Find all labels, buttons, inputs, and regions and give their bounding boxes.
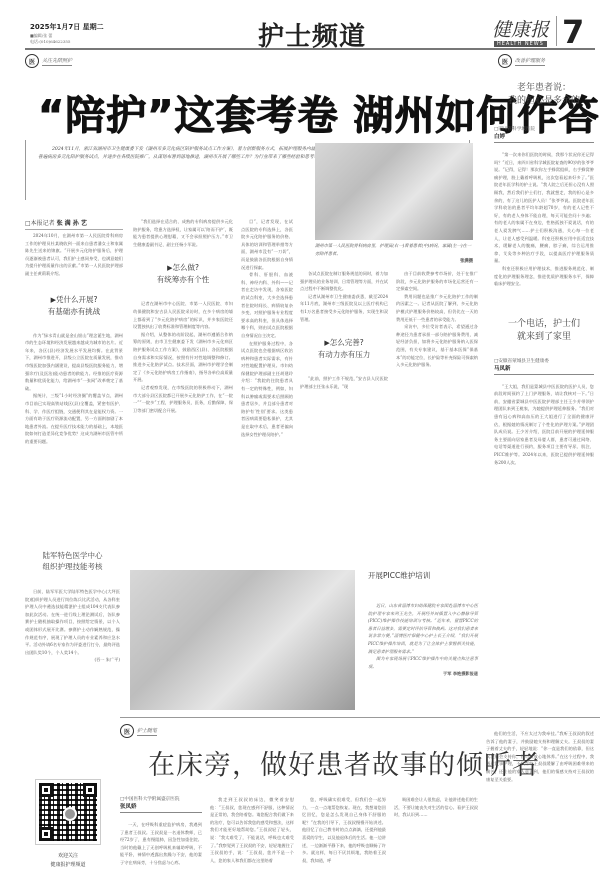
paragraph: 记者从湖州市卫生健康委获悉，截至2024年11月底，湖州市三级医院及以上医疗机构… <box>300 293 388 323</box>
sidebar-author: 白婷 <box>494 132 594 143</box>
qr-finder <box>39 783 53 797</box>
paragraph: 2024年10月，在湖州市第一人民医院骨科病房工作的护理员杜某晓收到一面来自患者… <box>25 232 123 278</box>
paragraph: 您，呼吸确实很难受，但我们会一起努力，一点一点地帮您恢复。现在，我想请您回忆回忆… <box>302 796 386 864</box>
masthead-rule <box>25 48 595 50</box>
paragraph: 由于目前收费参考市场价，处于在推广阶段，多元化陪护服务的市场化运营还有一定探索空… <box>396 270 478 293</box>
bottom-headline: 在床旁，做好患者故事的倾听者 <box>148 743 540 782</box>
paragraph: “第一次来你们医院的时候，我那个状况你还记得吗？”近日，来四川省科学城医院复查的… <box>494 151 594 265</box>
photo-caption-block: 湖州市第一人民医院骨科病房里，护理员(右一)看着患者(中)病况，家属(左一)在一… <box>315 243 473 266</box>
right-sidebar: 老年患者说： 我的担心是多余的 □四川省科学城医院 白婷 “第一次来你们医院的时… <box>494 82 594 466</box>
subhead: ▶凭什么开展? 有基础亦有挑战 <box>25 294 123 318</box>
section-badge-right: 医 改善护理服务 <box>498 54 545 68</box>
bottom-column-5: 他们的生活，不应太过为我牵挂。”我听王叔叔的叙述告诉了他的妻子，并鼓励她支持和理… <box>486 730 594 882</box>
qr-logo-icon <box>63 807 77 821</box>
paragraph: 据统计，三级“1小时经济圈”的覆盖节点，湖州市目前已实现高铁站线区(县)全覆盖，… <box>25 392 123 445</box>
picc-title: 开展PICC维护培训 <box>368 570 478 582</box>
paragraph: 在照护服务过程中，各试点医院也会根据病区收治病种和患者实际需求，有针对性地配置护… <box>241 340 293 439</box>
paragraph: 一天，在呼吸科重症监护病房，我遇到了患者王叔叔。王叔叔是一名退休教师，已经72岁… <box>120 821 202 867</box>
paragraph: 目”，记者发现，在试点医院的专科选择上，各医院多元化陪护服务的价格、具体的培训和… <box>241 218 293 271</box>
left-story-credit: (吞一 朱广平) <box>25 656 120 664</box>
paragraph: “我们选择在适合的、成熟的专科病房提供多元化陪护服务，给患方选择权，让家属可以‘… <box>133 218 233 248</box>
photo-credit: 张满摄 <box>315 258 473 266</box>
sidebar-source-block: □四川省科学城医院 白婷 <box>494 126 594 143</box>
paragraph: 骨科、肝胆科、血液科、神经内科、外科——记者在走访中发现，各家医院的试点科室，大… <box>241 271 293 339</box>
paragraph: 吸困难会让人很焦虑，让他讲述他们的生活，不要让她丧失对生活的信心。看护王叔叔时，… <box>394 796 478 819</box>
sidebar-author: 马凤新 <box>494 364 594 375</box>
subhead: ▶怎么做? 有统筹亦有个性 <box>133 262 233 286</box>
newspaper-logo: 健康报 <box>492 15 549 42</box>
sidebar-story-title: 一个电话，护士们 就来到了家里 <box>494 318 594 344</box>
byline-names: 张 满 孙 艺 <box>57 220 87 227</box>
paragraph: 据介绍，从整体的动阶段起，湖州市遵循合作纳筹的原则，由市卫生健康委下发《湖州市多… <box>133 331 233 384</box>
paragraph: 记者观察发现，在市级医院的积极带动下，湖州市大部分县区医院都已开展多元化陪护工作… <box>133 384 233 414</box>
page-number-divider <box>556 16 557 46</box>
main-column-4: 各试点医院在制订服务规范的同时，着力加强护理员的业务培训、日常管理等方面，并在试… <box>300 270 388 390</box>
paragraph: “王大姐，我们是蒙城县中医医院的医护人员，您前段时间预约了上门护理服务，请让我核… <box>494 383 594 467</box>
subhead: ▶怎么完善? 有动力亦有压力 <box>300 337 388 361</box>
main-column-5: 由于目前收费参考市场价，处于在推广阶段，多元化陪护服务的市场化运营还有一定探索空… <box>396 270 478 369</box>
main-photo <box>315 143 473 240</box>
contact-phone: 电话:(010)64622355 <box>30 39 70 45</box>
section-label: 改善护理服务 <box>515 57 545 66</box>
left-story-title: 陆军特色医学中心 组织护理技能考核 <box>25 550 120 572</box>
bottom-column-4: 吸困难会让人很焦虑，让他讲述他们的生活，不要让她丧失对生活的信心。看护王叔叔时，… <box>394 796 478 882</box>
main-column-2: “我们选择在适合的、成熟的专科病房提供多元化陪护服务，给患方选择权，让家属可以‘… <box>133 218 233 414</box>
bottom-column-3: 您，呼吸确实很难受，但我们会一起努力，一点一点地帮您恢复。现在，我想请您回忆回忆… <box>302 796 386 882</box>
bottom-column-1: □中国医科大学附属盛京医院 张凤娇 一天，在呼吸科重症监护病房，我遇到了患者王叔… <box>120 796 202 867</box>
paragraph: 科室还积极应用护理技术，推进服务规范化、制度化的护理服务理念，推进优质护理服务水… <box>494 265 594 288</box>
main-column-3: 目”，记者发现，在试点医院的专科选择上，各医院多元化陪护服务的价格、具体的培训和… <box>241 218 293 438</box>
paragraph: 作为“绿水青山就是金山银山”理念诞生地，湖州市的生态环境和经济发展越来越成为城市… <box>25 332 123 393</box>
main-column-1: 2024年10月，在湖州市第一人民医院骨科病房工作的护理员杜某晓收到一面来自患者… <box>25 232 123 445</box>
newspaper-logo-english: HEALTH NEWS <box>494 41 547 47</box>
paragraph: 采访中，多位受访者表示，希望通过各种途径为患者承担一部分陪护服务费用，减轻经济负… <box>396 323 478 369</box>
hospital-emblem-icon: 医 <box>25 54 39 68</box>
section-label: 护士随笔 <box>137 727 157 736</box>
photo-caption: 湖州市第一人民医院骨科病房里，护理员(右一)看着患者(中)病况，家属(左一)在一… <box>315 243 473 258</box>
paragraph: 图为专家现场展示PICC维护操作中的关键点和注意事项。 <box>368 655 478 670</box>
bottom-author: 张凤娇 <box>120 802 202 813</box>
paragraph: 我走到王叔叔的床边，微笑着安慰他：“王叔叔，您现在感到不舒服，这种情况是正常的，… <box>210 796 294 864</box>
paragraph: “此前，照护工作不规范，”安吉县人民医院护理部主任张永乐说，“现 <box>300 375 388 390</box>
paragraph: 近日，山东省淄博市妇幼保健院专家团赴淄博市中心医院护理专家来到王先生，开展经外周… <box>368 602 478 655</box>
bottom-column-2: 我走到王叔叔的床边，微笑着安慰他：“王叔叔，您现在感到不舒服，这种情况是正常的，… <box>210 796 294 882</box>
hospital-emblem-icon: 医 <box>498 54 512 68</box>
qr-code[interactable] <box>36 780 100 844</box>
paragraph: 他们的生活，不应太过为我牵挂。”我听王叔叔的叙述告诉了他的妻子，并鼓励她支持和理… <box>486 730 594 783</box>
picc-photo <box>130 570 355 710</box>
picc-credit: 于军 李艳摄影报道 <box>368 670 478 678</box>
section-divider <box>120 717 600 718</box>
sidebar-source-block: □安徽省蒙城县卫生健康委 马凤新 <box>494 358 594 375</box>
qr-finder <box>39 827 53 841</box>
paragraph: 各试点医院在制订服务规范的同时，着力加强护理员的业务培训、日常管理等方面，并在试… <box>300 270 388 293</box>
issue-date: 2025年1月7日 星期二 <box>30 22 104 32</box>
byline: □本报记者 张 满 孙 艺 <box>25 218 123 230</box>
paragraph: 记者在湖州市中心医院、市第一人民医院、市妇幼保健院和安吉县人民医院采访时，在多个… <box>133 300 233 330</box>
section-label: 关注先陪照护 <box>42 57 72 66</box>
left-story: 陆军特色医学中心 组织护理技能考核 日前，陆军军医大学陆军特色医学中心(大坪医院… <box>25 550 120 664</box>
qr-caption: 欢迎关注 健康报护理频道 <box>25 852 111 870</box>
page-number: 7 <box>562 13 584 51</box>
paragraph: 日前，陆军军医大学陆军特色医学中心(大坪医院)组织护理人员进行岗位练兵比武活动，… <box>25 588 120 656</box>
picc-story: 开展PICC维护培训 近日，山东省淄博市妇幼保健院专家团赴淄博市中心医院护理专家… <box>368 570 478 678</box>
sidebar-story-title: 老年患者说： 我的担心是多余的 <box>494 82 594 108</box>
section-badge-bottom: 医 护士随笔 <box>120 724 157 738</box>
hospital-emblem-icon: 医 <box>120 724 134 738</box>
byline-prefix: □本报记者 <box>25 220 55 227</box>
qr-finder <box>83 783 97 797</box>
section-badge-left: 医 关注先陪照护 <box>25 54 72 68</box>
paragraph: 费用问题也是推广多元化陪护工作的制约因素之一。记者从医院了解到，多元化陪护模式护… <box>396 293 478 323</box>
